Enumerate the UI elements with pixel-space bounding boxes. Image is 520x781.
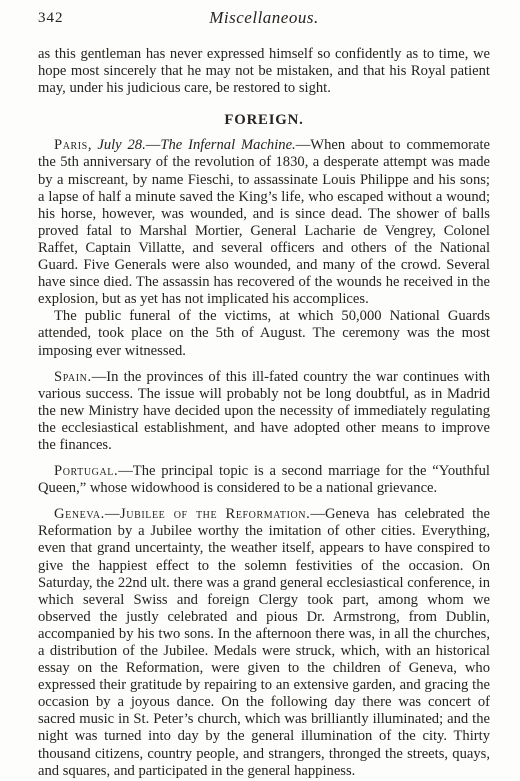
text-segment: July 28.: [97, 137, 145, 153]
text-segment: The public funeral of the victims, at wh…: [38, 308, 490, 358]
text-segment: —Geneva has celebrated the Reformation b…: [38, 506, 490, 778]
running-title: Miscellaneous.: [38, 8, 490, 28]
continuation-paragraph: as this gentleman has never expressed hi…: [38, 46, 490, 97]
section-heading-foreign: FOREIGN.: [38, 112, 490, 129]
article-spain: Spain.—In the provinces of this ill-fate…: [38, 369, 490, 454]
article-portugal: Portugal.—The principal topic is a secon…: [38, 463, 490, 497]
page-number: 342: [38, 10, 64, 27]
page-body: as this gentleman has never expressed hi…: [38, 46, 490, 780]
article-paris: Paris, July 28.—The Infernal Machine.—Wh…: [38, 137, 490, 308]
text-segment: Paris: [54, 137, 88, 153]
text-segment: The Infernal Machine.: [160, 137, 295, 153]
text-segment: Geneva.—Jubilee of the Reformation.: [54, 506, 310, 522]
text-segment: as this gentleman has never expressed hi…: [38, 46, 490, 96]
text-segment: —When about to commemorate the 5th anniv…: [38, 137, 490, 307]
text-segment: Portugal.: [54, 463, 118, 479]
article-geneva: Geneva.—Jubilee of the Reformation.—Gene…: [38, 506, 490, 780]
text-segment: —In the provinces of this ill-fated coun…: [38, 369, 490, 453]
text-segment: —: [146, 137, 161, 153]
text-segment: Spain.: [54, 369, 92, 385]
paragraph-funeral: The public funeral of the victims, at wh…: [38, 308, 490, 359]
page-header: 342 Miscellaneous.: [38, 8, 490, 32]
text-segment: ,: [88, 137, 98, 153]
book-page: 342 Miscellaneous. as this gentleman has…: [0, 0, 520, 781]
